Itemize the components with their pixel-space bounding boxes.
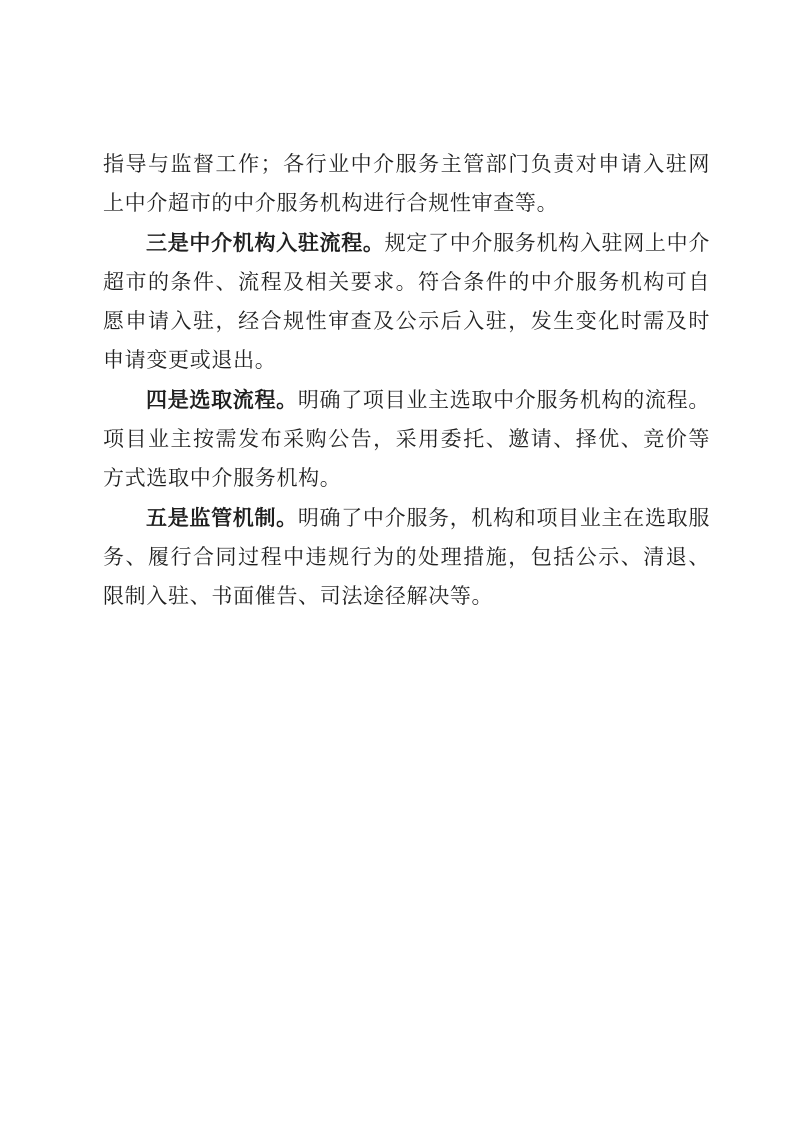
paragraph-item-four: 四是选取流程。明确了项目业主选取中介服务机构的流程。项目业主按需发布采购公告，采… — [103, 381, 710, 499]
paragraph-item-three: 三是中介机构入驻流程。规定了中介服务机构入驻网上中介超市的条件、流程及相关要求。… — [103, 224, 710, 381]
paragraph-item-three-lead: 三是中介机构入驻流程。 — [146, 231, 385, 255]
document-text-block: 指导与监督工作；各行业中介服务主管部门负责对申请入驻网上中介超市的中介服务机构进… — [103, 145, 710, 617]
paragraph-item-four-lead: 四是选取流程。 — [146, 388, 298, 412]
paragraph-continuation-text: 指导与监督工作；各行业中介服务主管部门负责对申请入驻网上中介超市的中介服务机构进… — [103, 152, 710, 215]
document-page: 指导与监督工作；各行业中介服务主管部门负责对申请入驻网上中介超市的中介服务机构进… — [0, 0, 793, 1122]
paragraph-item-five: 五是监管机制。明确了中介服务，机构和项目业主在选取服务、履行合同过程中违规行为的… — [103, 499, 710, 617]
paragraph-continuation: 指导与监督工作；各行业中介服务主管部门负责对申请入驻网上中介超市的中介服务机构进… — [103, 145, 710, 224]
paragraph-item-five-lead: 五是监管机制。 — [146, 506, 298, 530]
